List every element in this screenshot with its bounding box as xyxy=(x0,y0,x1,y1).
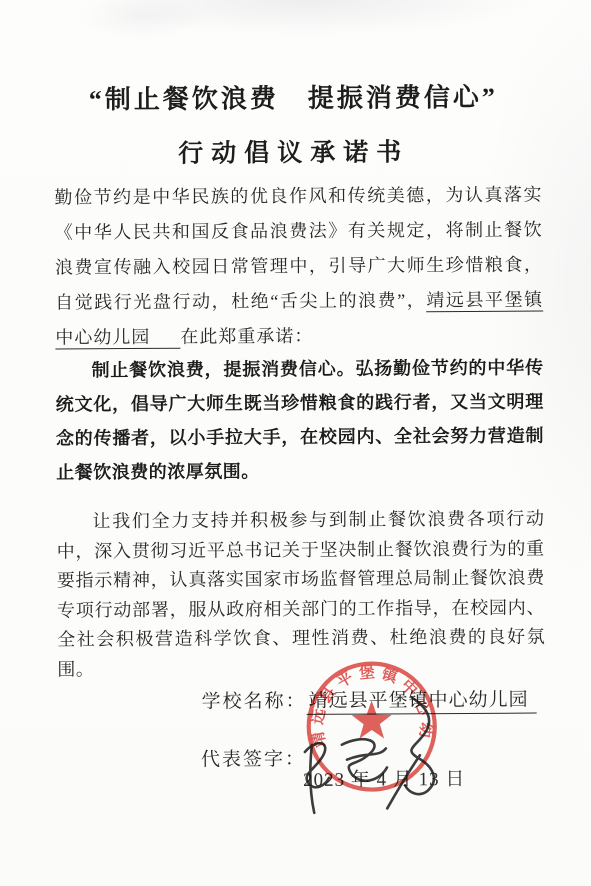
document-page: “制止餐饮浪费 提振消费信心” 行动倡议承诺书 勤俭节约是中华民族的优良作风和传… xyxy=(0,0,591,886)
paragraph-intro-tail: 在此郑重承诺： xyxy=(180,326,313,347)
scanned-content: “制止餐饮浪费 提振消费信心” 行动倡议承诺书 勤俭节约是中华民族的优良作风和传… xyxy=(0,0,591,886)
paragraph-pledge: 制止餐饮浪费，提振消费信心。弘扬勤俭节约的中华传统文化，倡导广大师生既当珍惜粮食… xyxy=(55,350,544,489)
document-subtitle: 行动倡议承诺书 xyxy=(0,131,589,171)
signature-handwriting xyxy=(287,689,473,820)
paragraph-intro: 勤俭节约是中华民族的优良作风和传统美德，为认真落实《中华人民共和国反食品浪费法》… xyxy=(54,177,543,355)
document-title: “制止餐饮浪费 提振消费信心” xyxy=(0,76,589,117)
